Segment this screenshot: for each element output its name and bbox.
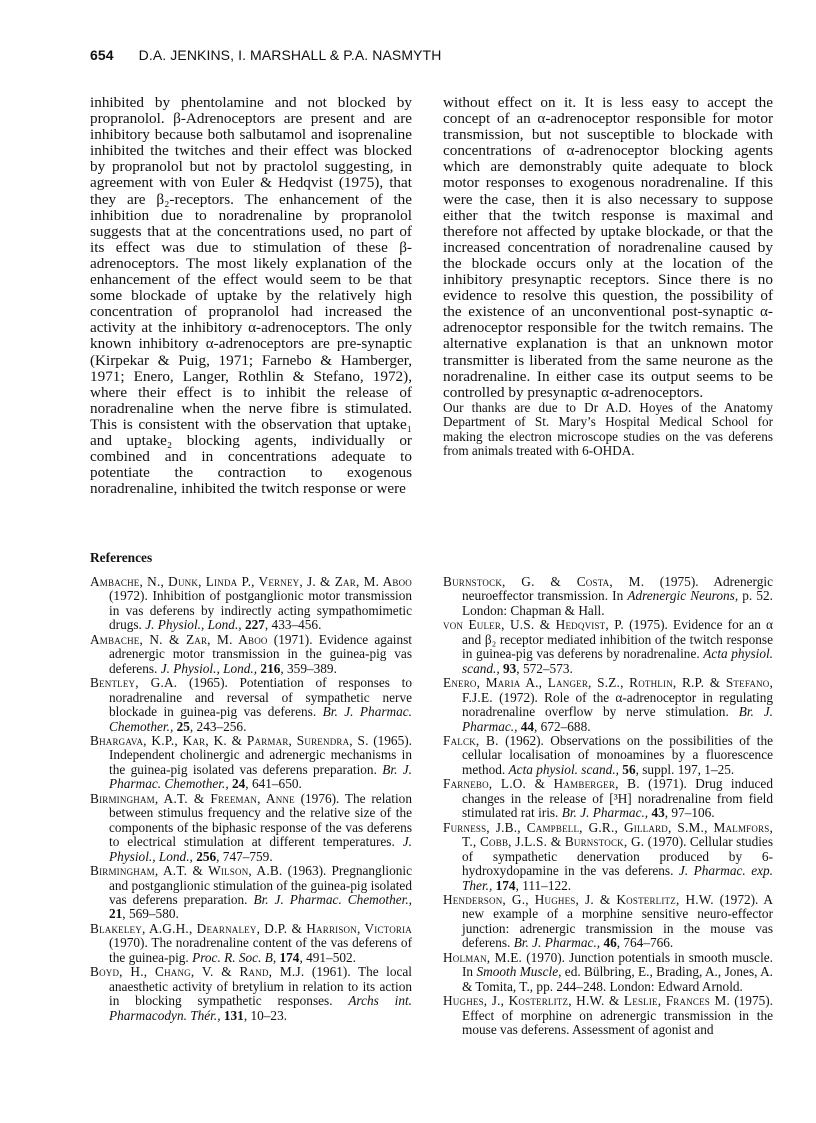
reference-pages: , 569–580. [122, 906, 179, 921]
reference-pages: , 243–256. [190, 719, 247, 734]
acknowledgement: Our thanks are due to Dr A.D. Hoyes of t… [443, 401, 773, 459]
reference-volume: 24 [232, 776, 245, 791]
reference-journal: J. Physiol., Lond., [145, 617, 241, 632]
reference-pages: , 491–502. [299, 950, 356, 965]
reference-volume: 216 [260, 661, 280, 676]
reference-entry: Boyd, H., Chang, V. & Rand, M.J. (1961).… [90, 965, 412, 1023]
references-left-column: Ambache, N., Dunk, Linda P., Verney, J. … [90, 575, 412, 1023]
reference-pages: , 359–389. [280, 661, 337, 676]
reference-journal: Proc. R. Soc. B, [192, 950, 276, 965]
reference-journal: Acta physiol. scand., [509, 762, 619, 777]
page-number: 654 [90, 47, 114, 63]
reference-pages: , 433–456. [265, 617, 322, 632]
reference-pages: , 641–650. [245, 776, 302, 791]
reference-entry: Enero, Maria A., Langer, S.Z., Rothlin, … [443, 676, 773, 734]
reference-volume: 227 [245, 617, 265, 632]
reference-pages: , 10–23. [244, 1008, 287, 1023]
reference-pages: , 111–122. [516, 878, 572, 893]
reference-authors: Falck, B. [443, 733, 499, 748]
body-left-column: inhibited by phentolamine and not blocke… [90, 95, 412, 497]
reference-authors: Henderson, G., Hughes, J. & Kosterlitz, … [443, 892, 714, 907]
reference-volume: 21 [109, 906, 122, 921]
reference-entry: Birmingham, A.T. & Freeman, Anne (1976).… [90, 792, 412, 864]
reference-entry: Blakeley, A.G.H., Dearnaley, D.P. & Harr… [90, 922, 412, 965]
reference-pages: , 764–766. [617, 935, 674, 950]
reference-authors: Bhargava, K.P., Kar, K. & Parmar, Surend… [90, 733, 369, 748]
reference-authors: Birmingham, A.T. & Freeman, Anne [90, 791, 295, 806]
reference-entry: Ambache, N. & Zar, M. Aboo (1971). Evide… [90, 633, 412, 676]
body-paragraph: without effect on it. It is less easy to… [443, 95, 773, 401]
running-header: 654 D.A. JENKINS, I. MARSHALL & P.A. NAS… [90, 47, 441, 63]
reference-volume: 44 [521, 719, 534, 734]
running-header-authors: D.A. JENKINS, I. MARSHALL & P.A. NASMYTH [139, 47, 442, 63]
reference-entry: Bhargava, K.P., Kar, K. & Parmar, Surend… [90, 734, 412, 792]
reference-authors: Bentley, G.A. [90, 675, 177, 690]
reference-entry: Bentley, G.A. (1965). Potentiation of re… [90, 676, 412, 734]
reference-volume: 43 [651, 805, 664, 820]
reference-entry: Henderson, G., Hughes, J. & Kosterlitz, … [443, 893, 773, 951]
reference-authors: Ambache, N. & Zar, M. Aboo [90, 632, 268, 647]
references-right-column: Burnstock, G. & Costa, M. (1975). Adrene… [443, 575, 773, 1038]
reference-volume: 56 [622, 762, 635, 777]
reference-entry: Birmingham, A.T. & Wilson, A.B. (1963). … [90, 864, 412, 922]
reference-volume: 256 [196, 849, 216, 864]
reference-authors: Birmingham, A.T. & Wilson, A.B. [90, 863, 282, 878]
reference-journal: Br. J. Pharmac., [562, 805, 648, 820]
reference-pages: , 672–688. [534, 719, 591, 734]
reference-authors: Blakeley, A.G.H., Dearnaley, D.P. & Harr… [90, 921, 412, 936]
reference-entry: von Euler, U.S. & Hedqvist, P. (1975). E… [443, 618, 773, 676]
reference-entry: Ambache, N., Dunk, Linda P., Verney, J. … [90, 575, 412, 633]
reference-authors: von Euler, U.S. & Hedqvist, P. [443, 617, 624, 632]
reference-volume: 93 [503, 661, 516, 676]
reference-volume: 131 [224, 1008, 244, 1023]
reference-volume: 174 [280, 950, 300, 965]
reference-authors: Holman, M.E. [443, 950, 522, 965]
reference-journal: J. Physiol., Lond., [161, 661, 257, 676]
reference-journal: Br. J. Pharmac. Chemother., [253, 892, 412, 907]
reference-entry: Holman, M.E. (1970). Junction potentials… [443, 951, 773, 994]
reference-authors: Boyd, H., Chang, V. & Rand, M.J. [90, 964, 304, 979]
reference-entry: Burnstock, G. & Costa, M. (1975). Adrene… [443, 575, 773, 618]
reference-authors: Hughes, J., Kosterlitz, H.W. & Leslie, F… [443, 993, 730, 1008]
reference-pages: , suppl. 197, 1–25. [636, 762, 735, 777]
reference-journal: Br. J. Pharmac., [514, 935, 600, 950]
reference-entry: Furness, J.B., Campbell, G.R., Gillard, … [443, 821, 773, 893]
reference-journal: Smooth Muscle, [476, 964, 561, 979]
reference-journal: Adrenergic Neurons, [627, 588, 738, 603]
reference-pages: , 97–106. [665, 805, 715, 820]
references-heading: References [90, 550, 152, 566]
body-paragraph: inhibited by phentolamine and not blocke… [90, 95, 412, 497]
reference-entry: Falck, B. (1962). Observations on the po… [443, 734, 773, 777]
reference-entry: Hughes, J., Kosterlitz, H.W. & Leslie, F… [443, 994, 773, 1037]
reference-entry: Farnebo, L.O. & Hamberger, B. (1971). Dr… [443, 777, 773, 820]
reference-pages: , 572–573. [516, 661, 573, 676]
reference-pages: , 747–759. [216, 849, 273, 864]
reference-volume: 46 [603, 935, 616, 950]
reference-volume: 174 [496, 878, 516, 893]
body-right-column: without effect on it. It is less easy to… [443, 95, 773, 458]
reference-authors: Ambache, N., Dunk, Linda P., Verney, J. … [90, 574, 412, 589]
reference-title: (1972). Role of the α-adrenoceptor in re… [462, 690, 773, 719]
reference-authors: Farnebo, L.O. & Hamberger, B. [443, 776, 640, 791]
reference-volume: 25 [177, 719, 190, 734]
reference-authors: Burnstock, G. & Costa, M. [443, 574, 644, 589]
